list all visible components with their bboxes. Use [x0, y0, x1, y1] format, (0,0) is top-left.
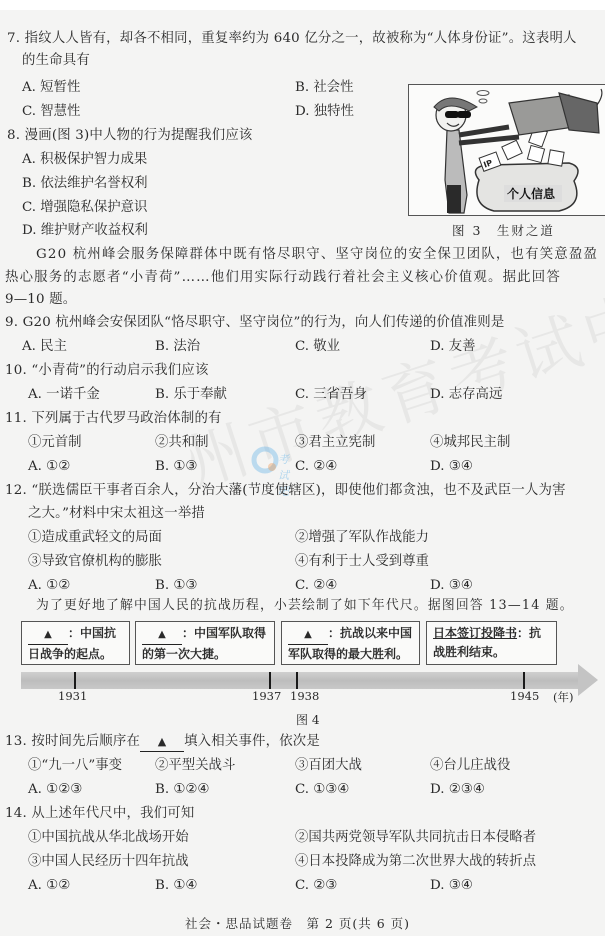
q14-item-1: ①中国抗战从华北战场开始: [28, 829, 189, 847]
q8-option-c: C. 增强隐私保护意识: [22, 199, 147, 217]
q7-option-c: C. 智慧性: [22, 103, 80, 121]
passage-9-10-line3: 9—10 题。: [5, 291, 76, 309]
page-footer: 社会・思品试题卷 第 2 页(共 6 页): [185, 914, 410, 932]
q11-option-a: A. ①②: [28, 458, 70, 476]
q8-option-b: B. 依法维护名誉权利: [22, 175, 147, 193]
q13-option-c: C. ①③④: [295, 781, 349, 799]
q12-item-2: ②增强了军队作战能力: [295, 529, 429, 547]
q11-item-2: ②共和制: [155, 434, 209, 452]
q7-option-d: D. 独特性: [295, 103, 354, 121]
year-1937: 1937: [252, 689, 281, 703]
q11-item-3: ③君主立宪制: [295, 434, 375, 452]
q13-stem: 13. 按时间先后顺序在▲填入相关事件，依次是: [5, 733, 320, 752]
q14-option-a: A. ①②: [28, 877, 70, 895]
blank-triangle: ▲: [28, 625, 68, 645]
q12-item-3: ③导致官僚机构的膨胀: [28, 553, 162, 571]
q12-stem-line2: 之大。”材料中宋太祖这一举措: [28, 505, 205, 523]
figure4-caption: 图 4: [296, 711, 319, 728]
q14-option-b: B. ①④: [155, 877, 197, 895]
q13-item-3: ③百团大战: [295, 757, 362, 775]
q14-option-d: D. ③④: [430, 877, 473, 895]
q8-stem: 8. 漫画(图 3)中人物的行为提醒我们应该: [7, 127, 253, 145]
q9-option-d: D. 友善: [430, 338, 476, 356]
q7-stem-line2: 的生命具有: [22, 52, 90, 70]
q7-stem-line1: 7. 指纹人人皆有，却各不相同，重复率约为 640 亿分之一，故被称为“人体身份…: [7, 30, 577, 48]
q8-option-a: A. 积极保护智力成果: [22, 151, 147, 169]
q11-stem: 11. 下列属于古代罗马政治体制的有: [5, 410, 222, 428]
bag-label: 个人信息: [507, 186, 556, 201]
q10-option-c: C. 三省吾身: [295, 386, 367, 404]
year-1945: 1945: [510, 689, 539, 703]
q13-option-d: D. ②③④: [430, 781, 485, 799]
passage-9-10-line2: 热心服务的志愿者“小青荷”……他们用实际行动践行着社会主义核心价值观。据此回答: [5, 269, 561, 287]
q14-stem: 14. 从上述年代尺中，我们可知: [5, 805, 194, 823]
year-1938: 1938: [290, 689, 319, 703]
q10-option-d: D. 志存高远: [430, 386, 502, 404]
watermark-logo: 考试吧: [250, 445, 298, 479]
q11-option-c: C. ②④: [295, 458, 337, 476]
tick-1937: [269, 672, 271, 689]
year-1931: 1931: [58, 689, 87, 703]
q13-option-b: B. ①②④: [155, 781, 209, 799]
timeline-box-1937: ▲：中国军队取得 的第一次大捷。: [135, 621, 275, 665]
q12-option-b: B. ①③: [155, 577, 197, 595]
timeline-bar: [21, 672, 581, 689]
timeline-box-1931: ▲：中国抗 日战争的起点。: [21, 621, 130, 665]
q8-option-d: D. 维护财产收益权利: [22, 222, 148, 240]
q14-option-c: C. ②③: [295, 877, 337, 895]
q12-item-1: ①造成重武轻文的局面: [28, 529, 162, 547]
q13-item-4: ④台儿庄战役: [430, 757, 510, 775]
q11-item-4: ④城邦民主制: [430, 434, 510, 452]
timeline-box-1945: 日本签订投降书：抗 战胜利结束。: [426, 621, 557, 665]
q14-item-2: ②国共两党领导军队共同抗击日本侵略者: [295, 829, 536, 847]
q11-option-d: D. ③④: [430, 458, 473, 476]
q7-option-b: B. 社会性: [295, 79, 354, 97]
figure3-caption: 图 3 生财之道: [452, 221, 555, 239]
q7-option-a: A. 短暂性: [22, 79, 80, 97]
q10-option-b: B. 乐于奉献: [155, 386, 227, 404]
q12-option-c: C. ②④: [295, 577, 337, 595]
blank-triangle: ▲: [142, 625, 182, 645]
q13-item-2: ②平型关战斗: [155, 757, 235, 775]
passage-9-10-line1: G20 杭州峰会服务保障群体中既有恪尽职守、坚守岗位的安全保卫团队，也有笑意盈盈: [36, 246, 598, 264]
q11-item-1: ①元首制: [28, 434, 82, 452]
tick-1945: [523, 672, 525, 689]
q9-stem: 9. G20 杭州峰会安保团队“恪尽职守、坚守岗位”的行为，向人们传递的价值准则…: [5, 314, 504, 332]
q9-option-a: A. 民主: [22, 338, 67, 356]
passage-13-14: 为了更好地了解中国人民的抗战历程，小芸绘制了如下年代尺。据图回答 13—14 题…: [36, 597, 574, 615]
q9-option-c: C. 敬业: [295, 338, 340, 356]
q9-option-b: B. 法治: [155, 338, 200, 356]
figure3-cartoon: IP 个人信息: [408, 84, 605, 216]
tick-1931: [74, 672, 76, 689]
q12-option-d: D. ③④: [430, 577, 473, 595]
tick-1938: [296, 672, 298, 689]
q12-stem-line1: 12. “朕选儒臣干事者百余人，分治大藩(节度使辖区)，即使他们都贪浊，也不及武…: [5, 482, 566, 500]
q14-item-4: ④日本投降成为第二次世界大战的转折点: [295, 853, 536, 871]
q12-item-4: ④有利于士人受到尊重: [295, 553, 429, 571]
blank-triangle: ▲: [140, 733, 184, 752]
q10-stem: 10. “小青荷”的行动启示我们应该: [5, 362, 209, 380]
q10-option-a: A. 一诺千金: [28, 386, 100, 404]
cartoon-thief-illustration-icon: IP 个人信息: [409, 85, 605, 215]
timeline-arrow-icon: [578, 664, 598, 696]
top-margin: [0, 0, 605, 10]
blank-triangle: ▲: [288, 625, 328, 645]
q11-option-b: B. ①③: [155, 458, 197, 476]
timeline-box-1938: ▲：抗战以来中国 军队取得的最大胜利。: [281, 621, 420, 665]
q13-option-a: A. ①②③: [28, 781, 82, 799]
q13-item-1: ①“九一八”事变: [28, 757, 122, 775]
q12-option-a: A. ①②: [28, 577, 70, 595]
year-unit: (年): [553, 689, 573, 705]
logo-swirl-icon: [250, 445, 280, 475]
q14-item-3: ③中国人民经历十四年抗战: [28, 853, 189, 871]
